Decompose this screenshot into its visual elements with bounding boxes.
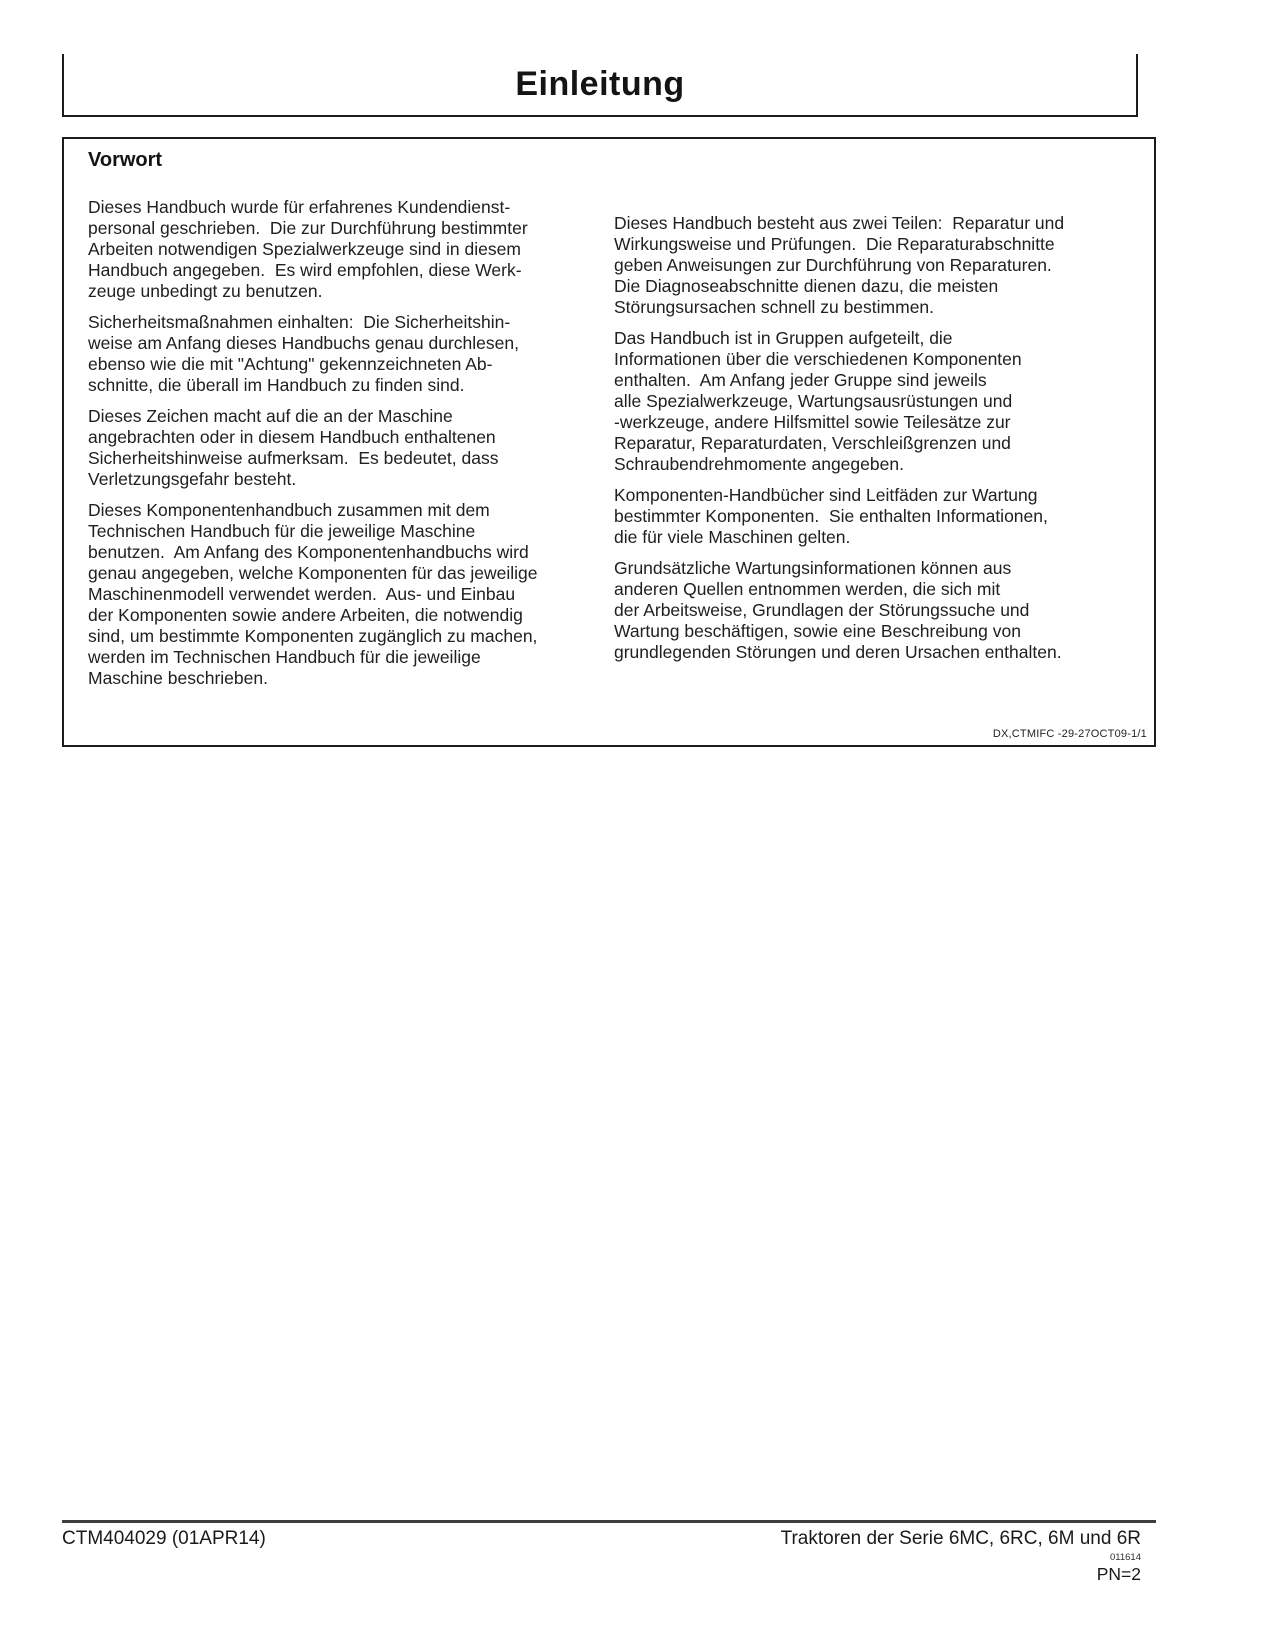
paragraph: Dieses Zeichen macht auf die an der Masc… [88, 406, 590, 490]
footer-page-number: PN=2 [1097, 1564, 1141, 1585]
footer-manual-number: CTM404029 (01APR14) [62, 1528, 266, 1550]
left-column: Dieses Handbuch wurde für erfahrenes Kun… [88, 197, 590, 699]
header-box: Einleitung [62, 54, 1138, 117]
section-title: Vorwort [88, 149, 162, 172]
document-code: DX,CTMIFC -29-27OCT09-1/1 [993, 728, 1147, 740]
footer-series-title: Traktoren der Serie 6MC, 6RC, 6M und 6R [781, 1528, 1141, 1550]
paragraph: Dieses Handbuch besteht aus zwei Teilen:… [614, 213, 1106, 318]
manual-page: Einleitung Vorwort Dieses Handbuch wurde… [0, 0, 1275, 1650]
footer-divider [62, 1520, 1156, 1523]
content-box: Vorwort Dieses Handbuch wurde für erfahr… [62, 137, 1156, 747]
paragraph: Das Handbuch ist in Gruppen aufgeteilt, … [614, 328, 1106, 475]
paragraph: Grundsätzliche Wartungsinformationen kön… [614, 558, 1106, 663]
paragraph: Sicherheitsmaßnahmen einhalten: Die Sich… [88, 312, 590, 396]
right-column: Dieses Handbuch besteht aus zwei Teilen:… [614, 213, 1106, 673]
footer-print-code: 011614 [1110, 1552, 1141, 1563]
paragraph: Dieses Komponentenhandbuch zusammen mit … [88, 500, 590, 689]
paragraph: Komponenten-Handbücher sind Leitfäden zu… [614, 485, 1106, 548]
paragraph: Dieses Handbuch wurde für erfahrenes Kun… [88, 197, 590, 302]
page-title: Einleitung [515, 65, 684, 104]
